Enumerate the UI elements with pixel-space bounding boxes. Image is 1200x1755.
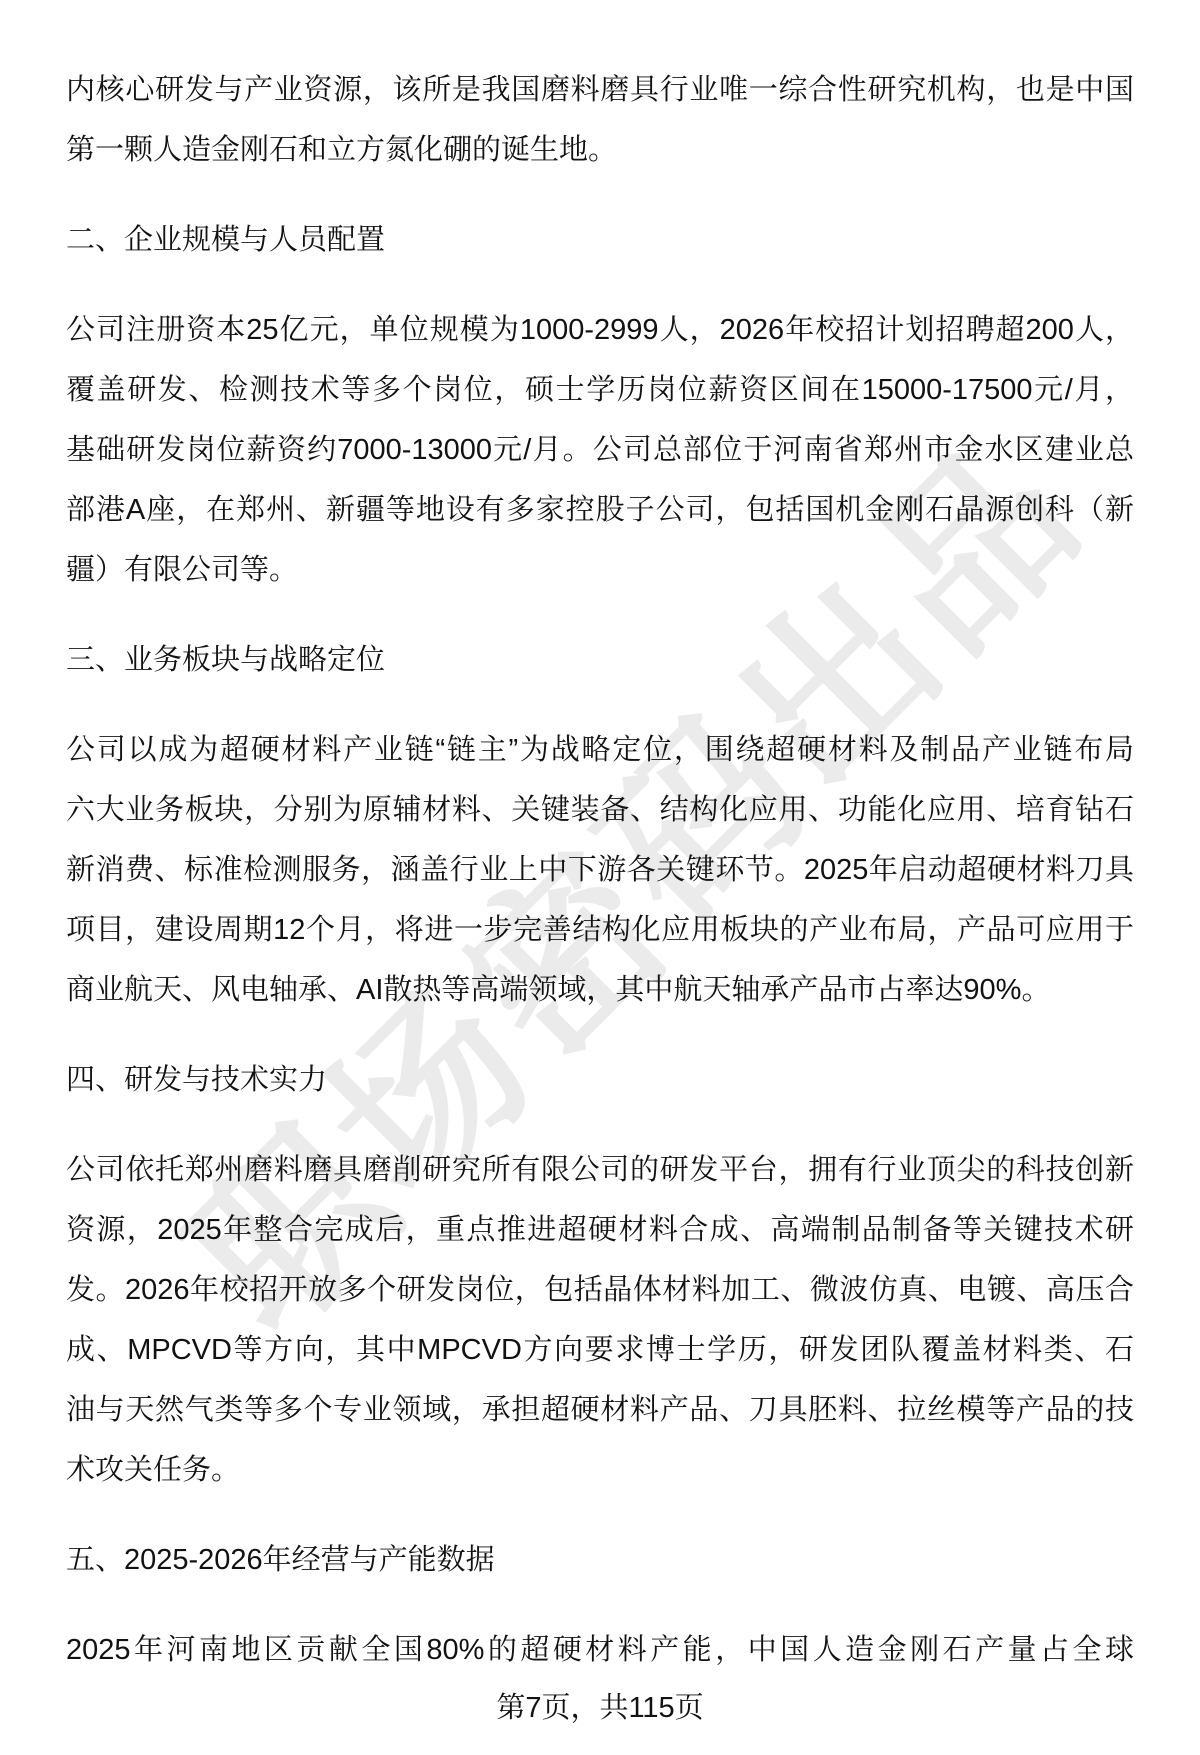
paragraph-rnd-strength: 公司依托郑州磨料磨具磨削研究所有限公司的研发平台，拥有行业顶尖的科技创新 资源，… xyxy=(66,1140,1134,1500)
text-line: 发。2026年校招开放多个研发岗位，包括晶体材料加工、微波仿真、电镀、高压合 xyxy=(66,1260,1134,1320)
document-content: 内核心研发与产业资源，该所是我国磨料磨具行业唯一综合性研究机构，也是中国 第一颗… xyxy=(66,60,1134,1680)
text-line: 新消费、标准检测服务，涵盖行业上中下游各关键环节。2025年启动超硬材料刀具 xyxy=(66,840,1134,900)
paragraph-operations-data: 2025年河南地区贡献全国80%的超硬材料产能，中国人造金刚石产量占全球 xyxy=(66,1620,1134,1680)
text-line: 公司以成为超硬材料产业链“链主”为战略定位，围绕超硬材料及制品产业链布局 xyxy=(66,720,1134,780)
section-business-strategy: 三、业务板块与战略定位 xyxy=(66,630,1134,690)
text-line: 油与天然气类等多个专业领域，承担超硬材料产品、刀具胚料、拉丝模等产品的技 xyxy=(66,1380,1134,1440)
text-line: 公司注册资本25亿元，单位规模为1000-2999人，2026年校招计划招聘超2… xyxy=(66,300,1134,360)
text-line: 资源，2025年整合完成后，重点推进超硬材料合成、高端制品制备等关键技术研 xyxy=(66,1200,1134,1260)
text-line: 内核心研发与产业资源，该所是我国磨料磨具行业唯一综合性研究机构，也是中国 xyxy=(66,60,1134,120)
section-heading: 三、业务板块与战略定位 xyxy=(66,630,1134,690)
section-company-scale: 二、企业规模与人员配置 xyxy=(66,210,1134,270)
section-heading: 二、企业规模与人员配置 xyxy=(66,210,1134,270)
text-line: 基础研发岗位薪资约7000-13000元/月。公司总部位于河南省郑州市金水区建业… xyxy=(66,420,1134,480)
section-rnd-strength: 四、研发与技术实力 xyxy=(66,1050,1134,1110)
text-line: 第一颗人造金刚石和立方氮化硼的诞生地。 xyxy=(66,120,1134,180)
text-line: 覆盖研发、检测技术等多个岗位，硕士学历岗位薪资区间在15000-17500元/月… xyxy=(66,360,1134,420)
paragraph-intro-continuation: 内核心研发与产业资源，该所是我国磨料磨具行业唯一综合性研究机构，也是中国 第一颗… xyxy=(66,60,1134,180)
page-number-footer: 第7页，共115页 xyxy=(0,1678,1200,1738)
text-line: 疆）有限公司等。 xyxy=(66,540,1134,600)
section-heading: 五、2025-2026年经营与产能数据 xyxy=(66,1530,1134,1590)
paragraph-company-scale: 公司注册资本25亿元，单位规模为1000-2999人，2026年校招计划招聘超2… xyxy=(66,300,1134,600)
section-heading: 四、研发与技术实力 xyxy=(66,1050,1134,1110)
paragraph-business-strategy: 公司以成为超硬材料产业链“链主”为战略定位，围绕超硬材料及制品产业链布局 六大业… xyxy=(66,720,1134,1020)
text-line: 公司依托郑州磨料磨具磨削研究所有限公司的研发平台，拥有行业顶尖的科技创新 xyxy=(66,1140,1134,1200)
text-line: 商业航天、风电轴承、AI散热等高端领域，其中航天轴承产品市占率达90%。 xyxy=(66,960,1134,1020)
text-line: 项目，建设周期12个月，将进一步完善结构化应用板块的产业布局，产品可应用于 xyxy=(66,900,1134,960)
text-line: 2025年河南地区贡献全国80%的超硬材料产能，中国人造金刚石产量占全球 xyxy=(66,1620,1134,1680)
text-line: 术攻关任务。 xyxy=(66,1440,1134,1500)
text-line: 成、MPCVD等方向，其中MPCVD方向要求博士学历，研发团队覆盖材料类、石 xyxy=(66,1320,1134,1380)
section-operations-data: 五、2025-2026年经营与产能数据 xyxy=(66,1530,1134,1590)
text-line: 六大业务板块，分别为原辅材料、关键装备、结构化应用、功能化应用、培育钻石 xyxy=(66,780,1134,840)
text-line: 部港A座，在郑州、新疆等地设有多家控股子公司，包括国机金刚石晶源创科（新 xyxy=(66,480,1134,540)
document-page: 职场密码出品 内核心研发与产业资源，该所是我国磨料磨具行业唯一综合性研究机构，也… xyxy=(0,0,1200,1755)
